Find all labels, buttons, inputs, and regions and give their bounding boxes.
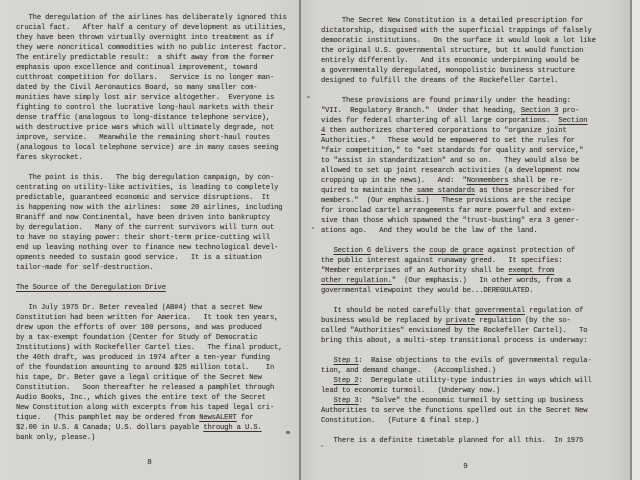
text-line: for ironclad cartel arrangements far mor… [321,206,629,216]
text-line: The point is this. The big deregulation … [16,173,298,183]
text-line: vides for federal chartering of all larg… [321,116,629,126]
paragraph: These provisions are found primarily und… [321,96,629,236]
text-line: Section 6 delivers the coup de grace aga… [321,246,629,256]
paragraph: The point is this. The big deregulation … [16,173,298,273]
text-line: predictable, guaranteed economic and ser… [16,193,298,203]
paragraph: The Secret New Constitution is a detaile… [321,16,629,86]
text-line: (analogous to local telephone service) a… [16,143,298,153]
text-line: It should be noted carefully that govern… [321,306,629,316]
underlined-text: Section [558,117,587,125]
page-right: The Secret New Constitution is a detaile… [301,0,630,480]
text-line: allowed to set up joint research activit… [321,166,629,176]
text-line: dated by the Civil Aeronautics Board, so… [16,83,298,93]
text-line: Step 3: "Solve" the economic turmoil by … [321,396,629,406]
text-line: "VII. Regulatory Branch." Under that hea… [321,106,629,116]
text-line: "Member enterprises of an Authority shal… [321,266,629,276]
text-line: Constitution. Soon thereafter he release… [16,383,298,393]
text-line: tique. (This pamphlet may be ordered fro… [16,413,298,423]
text-line: Audio Books, Inc., which gives the entir… [16,393,298,403]
text-line: entirely differently. And its economic u… [321,56,629,66]
underlined-text: NewsALERT [199,414,236,422]
page-number: 8 [0,459,299,467]
text-line: fares skyrocket. [16,153,298,163]
text-line: There is a definite timetable planned fo… [321,436,629,446]
text-line: of the foundation amounting to around $2… [16,363,298,373]
text-line: sive than those which spawned the "trust… [321,216,629,226]
text-line: tailor-made for self-destruction. [16,263,298,273]
scanned-document: The deregulation of the airlines has del… [0,0,640,480]
text-line: improve, service. Meanwhile the remainin… [16,133,298,143]
text-line: Authorities." These would be empowered t… [321,136,629,146]
page-text: The deregulation of the airlines has del… [16,13,298,443]
paragraph: Step 1: Raise objections to the evils of… [321,356,629,426]
text-line: Braniff and now Continental, have been d… [16,213,298,223]
underlined-text: Nonmembers [467,177,509,185]
paragraph: Section 6 delivers the coup de grace aga… [321,246,629,296]
text-line: emphasis upon excellence and continual i… [16,63,298,73]
underlined-text: same standards [417,187,475,195]
text-line: 4 then authorizes chartered corporations… [321,126,629,136]
text-line: $2.00 in U.S. & Canada; U.S. dollars pay… [16,423,298,433]
text-line: fighting to control the lucrative long-h… [16,103,298,113]
text-line: by deregulation. Many of the current sur… [16,223,298,233]
text-line: The entirely predictable result: a shift… [16,53,298,63]
underlined-text: coup de grace [429,247,483,255]
text-line: his tape, Dr. Beter gave a legal critiqu… [16,373,298,383]
text-line: they have been thrown virtually overnigh… [16,33,298,43]
text-line: called "Authorities" envisioned by the R… [321,326,629,336]
underlined-text: governmental [475,307,525,315]
scan-speck [312,227,314,229]
text-line: Step 2: Deregulate utility-type industri… [321,376,629,386]
text-line: the 40th draft, was produced in 1974 aft… [16,353,298,363]
underlined-text: private [446,317,475,325]
text-line: Constitution had been written for Americ… [16,313,298,323]
text-line: New Constitution along with excerpts fro… [16,403,298,413]
scan-edge-strip [632,0,640,480]
text-line: crucial fact. After half a century of de… [16,23,298,33]
text-line: democratic institutions. On the surface … [321,36,629,46]
scan-speck [307,96,310,98]
text-line: governmental viewpoint they would be...D… [321,286,629,296]
underlined-text: through a U.S. [203,424,261,432]
text-line: tion, and demand change. (Accomplished.) [321,366,629,376]
text-line: bank only, please.) [16,433,298,443]
underlined-text: Step 3 [334,397,359,405]
text-line: bring this about, a multi-step transitio… [321,336,629,346]
scan-speck [321,445,323,447]
text-line: The Secret New Constitution is a detaile… [321,16,629,26]
text-line: lead to economic turmoil. (Underway now.… [321,386,629,396]
underlined-text: The Source of the Deregulation Drive [16,284,166,292]
text-line: cropping up in the news). And: "Nonmembe… [321,176,629,186]
underlined-text: other regulation. [321,277,392,285]
text-line: is happening now with the airlines: some… [16,203,298,213]
page-number: 9 [301,463,630,471]
text-line: to "assist in standardization" and so on… [321,156,629,166]
text-line: dictatorship, disguised with the superfi… [321,26,629,36]
text-line: other regulation." (Our emphasis.) In ot… [321,276,629,286]
text-line: These provisions are found primarily und… [321,96,629,106]
text-line: Authorities to serve the functions spell… [321,406,629,416]
text-line: Institutions) with Rockefeller Cartel ti… [16,343,298,353]
text-line: the original U.S. governmental structure… [321,46,629,56]
text-line: members." (Our emphasis.) These provisio… [321,196,629,206]
text-line: Step 1: Raise objections to the evils of… [321,356,629,366]
text-line: opments needed to sustain good service. … [16,253,298,263]
text-line: Constitution. (Future & final step.) [321,416,629,426]
text-line: with destructive price wars which will u… [16,123,298,133]
paragraph: In July 1975 Dr. Beter revealed (AB#4) t… [16,303,298,443]
text-line: they were noncritical commodities with n… [16,43,298,53]
text-line: cutthroat competition for dollars. Servi… [16,73,298,83]
text-line: quired to maintain the same standards as… [321,186,629,196]
text-line: the public interest against runaway gree… [321,256,629,266]
text-line: by a tax-exempt foundation (Center for S… [16,333,298,343]
underlined-text: exempt from [508,267,554,275]
underlined-text: Step 2 [334,377,359,385]
text-line: dense traffic (analogous to long-distanc… [16,113,298,123]
text-line: The deregulation of the airlines has del… [16,13,298,23]
text-line: a governmentally deregulated, monopolist… [321,66,629,76]
underlined-text: Section 3 [521,107,558,115]
text-line: to have no staying power: their short-te… [16,233,298,243]
underlined-text: Section 6 [334,247,371,255]
text-line: business would be replaced by private re… [321,316,629,326]
heading: The Source of the Deregulation Drive [16,283,298,293]
paragraph: It should be noted carefully that govern… [321,306,629,346]
text-line: The Source of the Deregulation Drive [16,283,298,293]
text-line: designed to fulfill the dreams of the Ro… [321,76,629,86]
text-line: drew upon the efforts of over 100 person… [16,323,298,333]
paragraph: The deregulation of the airlines has del… [16,13,298,163]
page-left: The deregulation of the airlines has del… [0,0,299,480]
text-line: In July 1975 Dr. Beter revealed (AB#4) t… [16,303,298,313]
text-line: "fair competition," to "set standards fo… [321,146,629,156]
paragraph: There is a definite timetable planned fo… [321,436,629,446]
underlined-text: Step 1 [334,357,359,365]
text-line: end up leaving nothing over to finance n… [16,243,298,253]
text-line: centrating on utility-like activities, i… [16,183,298,193]
text-line: ations ago. And they would be the law of… [321,226,629,236]
text-line: munities have simply lost air service al… [16,93,298,103]
page-text: The Secret New Constitution is a detaile… [321,16,629,446]
scan-speck [286,431,290,434]
